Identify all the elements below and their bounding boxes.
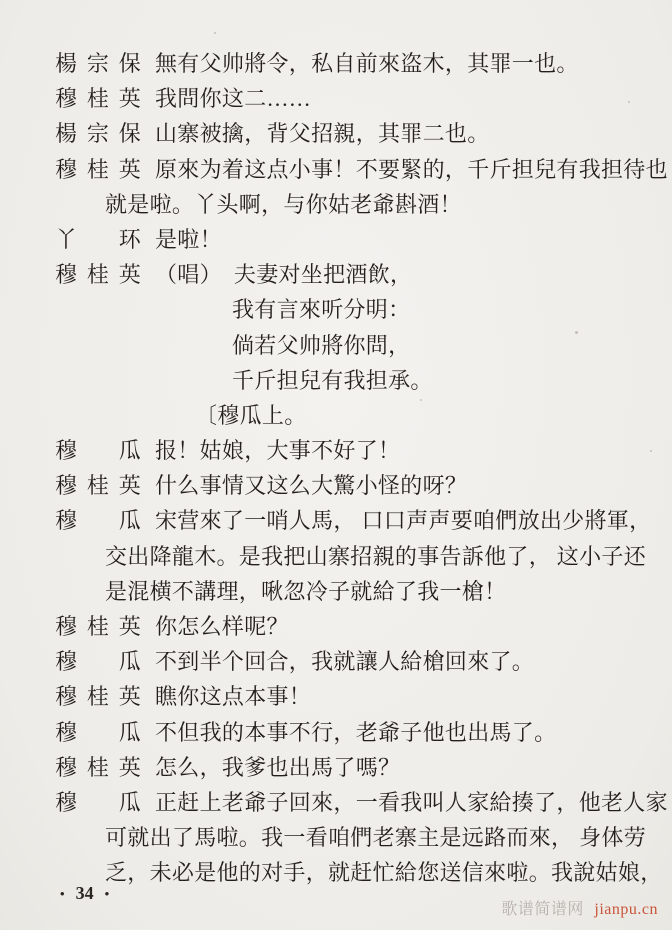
dialogue-line: 是混横不講理，啾忽冷子就給了我一槍！ xyxy=(55,574,656,609)
speaker-name: 穆桂英 xyxy=(55,750,141,785)
dialogue-line: 乏，未必是他的对手，就赶忙給您送信來啦。我說姑娘， xyxy=(55,855,656,890)
page-number-left-dot: • xyxy=(60,886,65,902)
page-number-value: 34 xyxy=(76,883,94,904)
dialogue-line: 穆 瓜不到半个回合，我就讓人給槍回來了。 xyxy=(55,644,656,679)
speaker-name: 穆桂英 xyxy=(55,468,141,503)
watermark-site-url: jianpu.cn xyxy=(594,901,658,918)
speaker-name: 楊宗保 xyxy=(55,116,141,151)
speaker-name: 丫 环 xyxy=(55,222,141,257)
scan-speck xyxy=(650,450,652,452)
page-number-right-dot: • xyxy=(105,886,110,902)
speech-text: 原來为着这点小事！不要緊的，千斤担兒有我担待也 xyxy=(155,157,668,182)
scan-speck xyxy=(420,399,422,401)
dialogue-line: 穆桂英我問你这二…… xyxy=(55,81,656,116)
speech-text: 瞧你这点本事！ xyxy=(155,684,311,709)
speaker-name: 穆桂英 xyxy=(55,257,141,292)
script-body: 楊宗保無有父帅將令，私自前來盗木，其罪一也。穆桂英我問你这二……楊宗保山寨被擒，… xyxy=(55,46,656,891)
watermark: 歌谱简谱网 jianpu.cn xyxy=(501,896,658,919)
speaker-name: 穆桂英 xyxy=(55,609,141,644)
speech-text: 正赶上老爺子回來，一看我叫人家給揍了，他老人家 xyxy=(155,790,668,815)
speaker-name: 穆 瓜 xyxy=(55,644,141,679)
speaker-name: 穆桂英 xyxy=(55,81,141,116)
song-line: 穆桂英（唱）夫妻对坐把酒飲， xyxy=(55,257,656,292)
speech-text: 無有父帅將令，私自前來盗木，其罪一也。 xyxy=(155,51,579,76)
song-line: 千斤担兒有我担承。 xyxy=(55,363,656,398)
speaker-name: 穆 瓜 xyxy=(55,715,141,750)
speech-text: 报！姑娘，大事不好了！ xyxy=(155,438,400,463)
page-number: • 34 • xyxy=(60,883,109,904)
dialogue-line: 穆 瓜正赶上老爺子回來，一看我叫人家給揍了，他老人家 xyxy=(55,785,656,820)
speaker-name: 楊宗保 xyxy=(55,46,141,81)
speech-text: 我問你这二…… xyxy=(155,86,311,111)
dialogue-line: 楊宗保山寨被擒，背父招親，其罪二也。 xyxy=(55,116,656,151)
speaker-name: 穆桂英 xyxy=(55,152,141,187)
dialogue-line: 穆 瓜宋营來了一哨人馬， 口口声声要咱們放出少將軍， xyxy=(55,503,656,538)
song-line: 倘若父帅將你問， xyxy=(55,328,656,363)
scan-speck xyxy=(575,331,578,334)
dialogue-line: 就是啦。丫头啊，与你姑老爺斟酒！ xyxy=(55,187,656,222)
speaker-name: 穆 瓜 xyxy=(55,785,141,820)
speech-text: 什么事情又这么大驚小怪的呀？ xyxy=(155,473,467,498)
dialogue-line: 穆 瓜报！姑娘，大事不好了！ xyxy=(55,433,656,468)
dialogue-line: 楊宗保無有父帅將令，私自前來盗木，其罪一也。 xyxy=(55,46,656,81)
speech-text: 宋营來了一哨人馬， 口口声声要咱們放出少將軍， xyxy=(155,508,651,533)
dialogue-line: 穆桂英什么事情又这么大驚小怪的呀？ xyxy=(55,468,656,503)
dialogue-line: 可就出了馬啦。我一看咱們老寨主是远路而來， 身体劳 xyxy=(55,820,656,855)
scan-speck xyxy=(628,101,630,103)
speech-text: 山寨被擒，背父招親，其罪二也。 xyxy=(155,121,490,146)
lyric-text: 夫妻对坐把酒飲， xyxy=(234,262,412,287)
dialogue-line: 穆桂英怎么，我爹也出馬了嗎？ xyxy=(55,750,656,785)
dialogue-line: 穆桂英瞧你这点本事！ xyxy=(55,679,656,714)
speech-text: 你怎么样呢？ xyxy=(155,614,289,639)
stage-direction: 〔穆瓜上。 xyxy=(55,398,656,433)
dialogue-line: 穆桂英你怎么样呢？ xyxy=(55,609,656,644)
sing-marker: （唱） xyxy=(155,257,222,292)
watermark-site-name: 歌谱简谱网 xyxy=(501,901,584,918)
speech-text: 怎么，我爹也出馬了嗎？ xyxy=(155,755,400,780)
dialogue-line: 穆桂英原來为着这点小事！不要緊的，千斤担兒有我担待也 xyxy=(55,152,656,187)
dialogue-line: 交出降龍木。是我把山寨招親的事告訴他了， 这小子还 xyxy=(55,539,656,574)
speaker-name: 穆桂英 xyxy=(55,679,141,714)
speech-text: 不但我的本事不行，老爺子他也出馬了。 xyxy=(155,720,556,745)
song-line: 我有言來听分明： xyxy=(55,292,656,327)
speaker-name: 穆 瓜 xyxy=(55,503,141,538)
speech-text: 不到半个回合，我就讓人給槍回來了。 xyxy=(155,649,534,674)
dialogue-line: 穆 瓜不但我的本事不行，老爺子他也出馬了。 xyxy=(55,715,656,750)
speaker-name: 穆 瓜 xyxy=(55,433,141,468)
scan-speck xyxy=(214,32,216,34)
scan-speck xyxy=(118,562,120,564)
speech-text: 是啦！ xyxy=(155,227,222,252)
dialogue-line: 丫 环是啦！ xyxy=(55,222,656,257)
